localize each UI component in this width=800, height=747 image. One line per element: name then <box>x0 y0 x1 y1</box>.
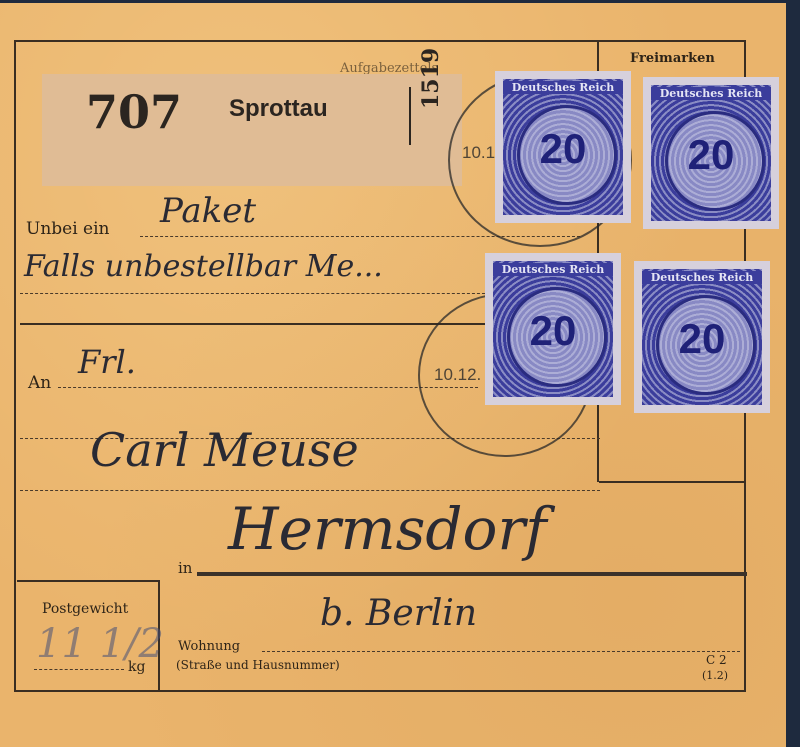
stamp-4: Deutsches Reich 20 <box>634 261 770 413</box>
weight-value: 11 1/2 <box>36 621 164 667</box>
city-underline <box>197 572 747 576</box>
form-code-sub: (1.2) <box>702 669 728 682</box>
city-name: Hermsdorf <box>228 495 547 563</box>
stamp-value: 20 <box>642 315 762 363</box>
stamp-area-bottom <box>599 481 746 483</box>
recipient-name: Carl Meuse <box>90 423 359 477</box>
note-dotline <box>20 293 490 294</box>
recipient-title-dotline <box>58 387 478 388</box>
recipient-title: Frl. <box>78 343 136 381</box>
stamp-country: Deutsches Reich <box>493 263 613 276</box>
origin-town: Sprottau <box>229 95 328 123</box>
stamp-value: 20 <box>503 125 623 173</box>
city-note: b. Berlin <box>320 593 477 634</box>
form-code: C 2 <box>706 653 727 667</box>
undeliverable-note: Falls unbestellbar Me... <box>24 249 383 284</box>
enclosure-label: Unbei ein <box>26 219 110 239</box>
stamp-value: 20 <box>651 131 771 179</box>
stamp-value: 20 <box>493 307 613 355</box>
address-label: Wohnung <box>178 639 240 654</box>
recipient-prefix-label: An <box>28 373 51 393</box>
parcel-card: Aufgabezettels Freimarken 707 Sprottau 1… <box>0 3 786 747</box>
city-label: in <box>178 559 192 577</box>
address-dotline <box>262 651 740 652</box>
parcel-number: 707 <box>86 85 182 139</box>
stamp-country: Deutsches Reich <box>651 87 771 100</box>
stamp-2: Deutsches Reich 20 <box>643 77 779 229</box>
address-sublabel: (Straße und Hausnummer) <box>176 658 340 672</box>
sequence-number: 1519 <box>418 48 444 109</box>
postmark-bottom-date: 10.12. <box>434 365 481 385</box>
section-divider <box>20 323 490 325</box>
weight-dotline <box>34 669 124 670</box>
stamp-3: Deutsches Reich 20 <box>485 253 621 405</box>
enclosure-value: Paket <box>160 191 256 231</box>
weight-label: Postgewicht <box>42 601 128 617</box>
recipient-name-dotline <box>20 490 600 491</box>
stamp-country: Deutsches Reich <box>642 271 762 284</box>
stamp-area-label: Freimarken <box>630 51 715 66</box>
stamp-country: Deutsches Reich <box>503 81 623 94</box>
stamp-1: Deutsches Reich 20 <box>495 71 631 223</box>
label-divider <box>409 87 411 145</box>
